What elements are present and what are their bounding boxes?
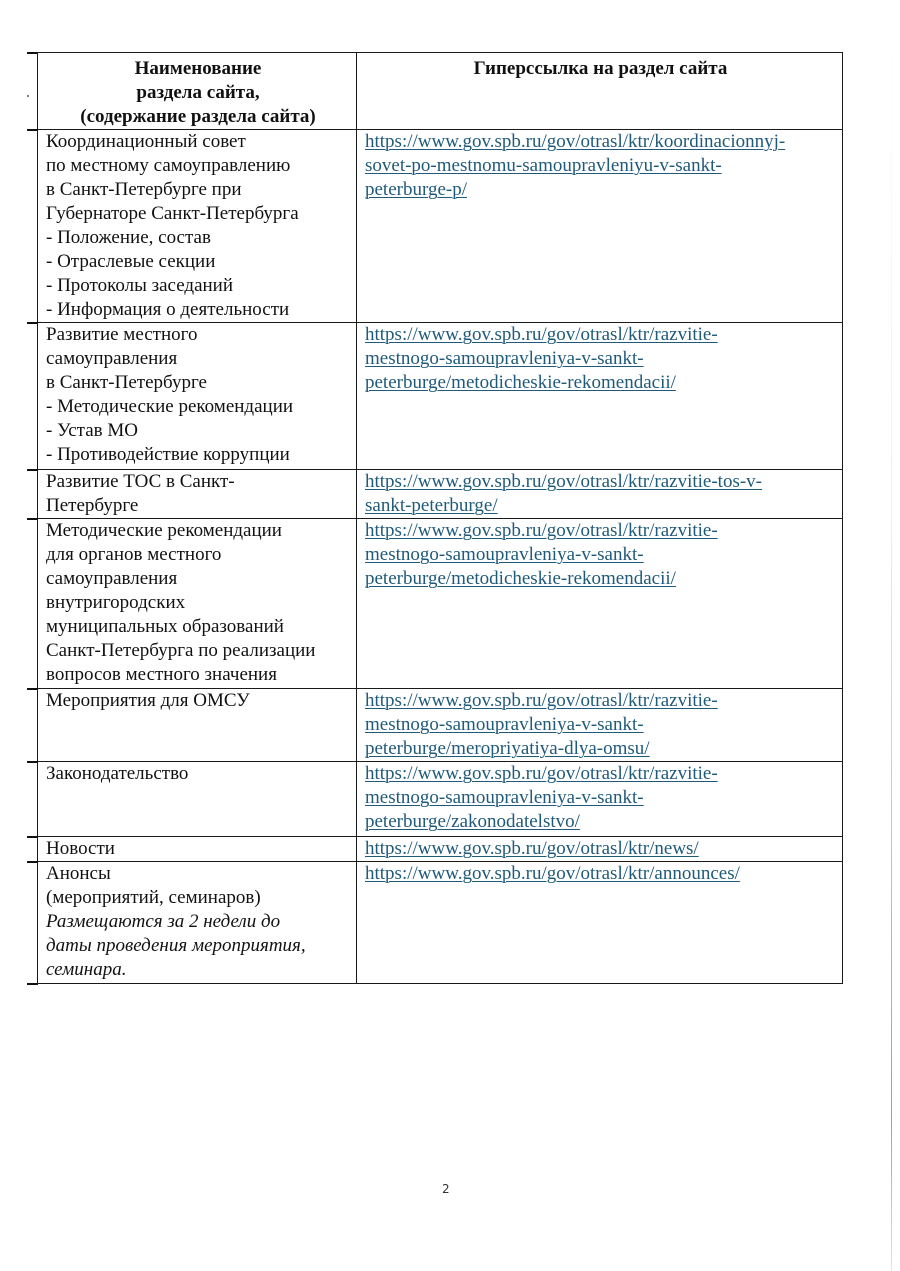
section-name-cell: Координационный советпо местному самоупр… bbox=[38, 130, 357, 323]
section-name-line: Развитие ТОС в Санкт- bbox=[46, 470, 350, 494]
section-note-line: Размещаются за 2 недели до bbox=[46, 910, 350, 934]
section-name-line: в Санкт-Петербурге при bbox=[46, 178, 350, 202]
section-hyperlink[interactable]: mestnogo-samoupravleniya-v-sankt- bbox=[365, 543, 836, 567]
row-rule-extension bbox=[27, 836, 38, 838]
table-row: Законодательствоhttps://www.gov.spb.ru/g… bbox=[38, 762, 843, 837]
section-name-line: - Протоколы заседаний bbox=[46, 274, 350, 298]
hyperlink-cell: https://www.gov.spb.ru/gov/otrasl/ktr/ra… bbox=[357, 323, 843, 470]
section-hyperlink[interactable]: peterburge/zakonodatelstvo/ bbox=[365, 810, 836, 834]
section-name-line: Методические рекомендации bbox=[46, 519, 350, 543]
header-line: раздела сайта, bbox=[46, 81, 350, 105]
section-name-cell: Анонсы(мероприятий, семинаров)Размещаютс… bbox=[38, 862, 357, 984]
section-name-line: муниципальных образований bbox=[46, 615, 350, 639]
section-hyperlink[interactable]: sovet-po-mestnomu-samoupravleniyu-v-sank… bbox=[365, 154, 836, 178]
header-line: Гиперссылка на раздел сайта bbox=[365, 57, 836, 81]
section-name-line: - Устав МО bbox=[46, 419, 350, 443]
section-name-line: внутригородских bbox=[46, 591, 350, 615]
section-hyperlink[interactable]: peterburge/metodicheskie-rekomendacii/ bbox=[365, 567, 836, 591]
hyperlink-cell: https://www.gov.spb.ru/gov/otrasl/ktr/ra… bbox=[357, 470, 843, 519]
site-sections-table: Наименование раздела сайта, (содержание … bbox=[37, 52, 843, 984]
section-name-line: для органов местного bbox=[46, 543, 350, 567]
table-row: Новостиhttps://www.gov.spb.ru/gov/otrasl… bbox=[38, 837, 843, 862]
section-name-line: Новости bbox=[46, 837, 350, 861]
section-name-line: - Информация о деятельности bbox=[46, 298, 350, 322]
table-row: Анонсы(мероприятий, семинаров)Размещаютс… bbox=[38, 862, 843, 984]
section-hyperlink[interactable]: https://www.gov.spb.ru/gov/otrasl/ktr/an… bbox=[365, 862, 836, 886]
table-row: Методические рекомендациидля органов мес… bbox=[38, 519, 843, 689]
table-row: Мероприятия для ОМСУhttps://www.gov.spb.… bbox=[38, 689, 843, 762]
table-row: Координационный советпо местному самоупр… bbox=[38, 130, 843, 323]
section-hyperlink[interactable]: mestnogo-samoupravleniya-v-sankt- bbox=[365, 713, 836, 737]
section-name-line: Анонсы bbox=[46, 862, 350, 886]
row-rule-extension bbox=[27, 469, 38, 471]
page-number: 2 bbox=[442, 1182, 450, 1196]
section-name-line: самоуправления bbox=[46, 347, 350, 371]
section-name-cell: Мероприятия для ОМСУ bbox=[38, 689, 357, 762]
section-name-line: Законодательство bbox=[46, 762, 350, 786]
section-name-line: - Противодействие коррупции bbox=[46, 443, 350, 467]
hyperlink-cell: https://www.gov.spb.ru/gov/otrasl/ktr/ra… bbox=[357, 689, 843, 762]
hyperlink-cell: https://www.gov.spb.ru/gov/otrasl/ktr/ko… bbox=[357, 130, 843, 323]
row-rule-extension bbox=[27, 983, 38, 985]
section-hyperlink[interactable]: https://www.gov.spb.ru/gov/otrasl/ktr/ra… bbox=[365, 762, 836, 786]
table-row: Развитие ТОС в Санкт-Петербургеhttps://w… bbox=[38, 470, 843, 519]
row-rule-extension bbox=[27, 861, 38, 863]
row-rule-extension bbox=[27, 761, 38, 763]
section-name-line: - Отраслевые секции bbox=[46, 250, 350, 274]
section-hyperlink[interactable]: https://www.gov.spb.ru/gov/otrasl/ktr/ra… bbox=[365, 689, 836, 713]
hyperlink-cell: https://www.gov.spb.ru/gov/otrasl/ktr/ra… bbox=[357, 519, 843, 689]
row-rule-extension bbox=[27, 688, 38, 690]
table-top-rule-extension bbox=[27, 52, 37, 54]
section-hyperlink[interactable]: https://www.gov.spb.ru/gov/otrasl/ktr/ko… bbox=[365, 130, 836, 154]
header-line: (содержание раздела сайта) bbox=[46, 105, 350, 129]
section-name-line: - Методические рекомендации bbox=[46, 395, 350, 419]
section-name-cell: Законодательство bbox=[38, 762, 357, 837]
section-name-cell: Новости bbox=[38, 837, 357, 862]
table-row: Развитие местногосамоуправленияв Санкт-П… bbox=[38, 323, 843, 470]
section-hyperlink[interactable]: peterburge-p/ bbox=[365, 178, 836, 202]
hyperlink-cell: https://www.gov.spb.ru/gov/otrasl/ktr/an… bbox=[357, 862, 843, 984]
section-name-line: по местному самоуправлению bbox=[46, 154, 350, 178]
section-name-line: самоуправления bbox=[46, 567, 350, 591]
header-section-name: Наименование раздела сайта, (содержание … bbox=[38, 53, 357, 130]
header-line: Наименование bbox=[46, 57, 350, 81]
section-name-cell: Развитие местногосамоуправленияв Санкт-П… bbox=[38, 323, 357, 470]
section-hyperlink[interactable]: https://www.gov.spb.ru/gov/otrasl/ktr/ra… bbox=[365, 323, 836, 347]
section-hyperlink[interactable]: https://www.gov.spb.ru/gov/otrasl/ktr/ra… bbox=[365, 470, 836, 494]
section-name-line: Санкт-Петербурга по реализации bbox=[46, 639, 350, 663]
scan-edge-line bbox=[891, 0, 892, 1271]
section-hyperlink[interactable]: peterburge/metodicheskie-rekomendacii/ bbox=[365, 371, 836, 395]
section-hyperlink[interactable]: https://www.gov.spb.ru/gov/otrasl/ktr/ra… bbox=[365, 519, 836, 543]
section-hyperlink[interactable]: mestnogo-samoupravleniya-v-sankt- bbox=[365, 786, 836, 810]
hyperlink-cell: https://www.gov.spb.ru/gov/otrasl/ktr/ne… bbox=[357, 837, 843, 862]
scan-speck bbox=[27, 95, 29, 97]
header-hyperlink: Гиперссылка на раздел сайта bbox=[357, 53, 843, 130]
section-hyperlink[interactable]: sankt-peterburge/ bbox=[365, 494, 836, 518]
section-hyperlink[interactable]: peterburge/meropriyatiya-dlya-omsu/ bbox=[365, 737, 836, 761]
section-name-line: Развитие местного bbox=[46, 323, 350, 347]
section-hyperlink[interactable]: https://www.gov.spb.ru/gov/otrasl/ktr/ne… bbox=[365, 837, 836, 861]
section-note-line: даты проведения мероприятия, bbox=[46, 934, 350, 958]
table-header-row: Наименование раздела сайта, (содержание … bbox=[38, 53, 843, 130]
section-name-line: Петербурге bbox=[46, 494, 350, 518]
row-rule-extension bbox=[27, 322, 38, 324]
section-name-line: вопросов местного значения bbox=[46, 663, 350, 687]
section-name-cell: Развитие ТОС в Санкт-Петербурге bbox=[38, 470, 357, 519]
section-name-line: Мероприятия для ОМСУ bbox=[46, 689, 350, 713]
section-name-line: Губернаторе Санкт-Петербурга bbox=[46, 202, 350, 226]
section-name-line: в Санкт-Петербурге bbox=[46, 371, 350, 395]
section-name-line: - Положение, состав bbox=[46, 226, 350, 250]
row-rule-extension bbox=[27, 518, 38, 520]
section-name-cell: Методические рекомендациидля органов мес… bbox=[38, 519, 357, 689]
hyperlink-cell: https://www.gov.spb.ru/gov/otrasl/ktr/ra… bbox=[357, 762, 843, 837]
section-name-line: Координационный совет bbox=[46, 130, 350, 154]
section-hyperlink[interactable]: mestnogo-samoupravleniya-v-sankt- bbox=[365, 347, 836, 371]
section-note-line: семинара. bbox=[46, 958, 350, 982]
row-rule-extension bbox=[27, 129, 38, 131]
section-name-line: (мероприятий, семинаров) bbox=[46, 886, 350, 910]
